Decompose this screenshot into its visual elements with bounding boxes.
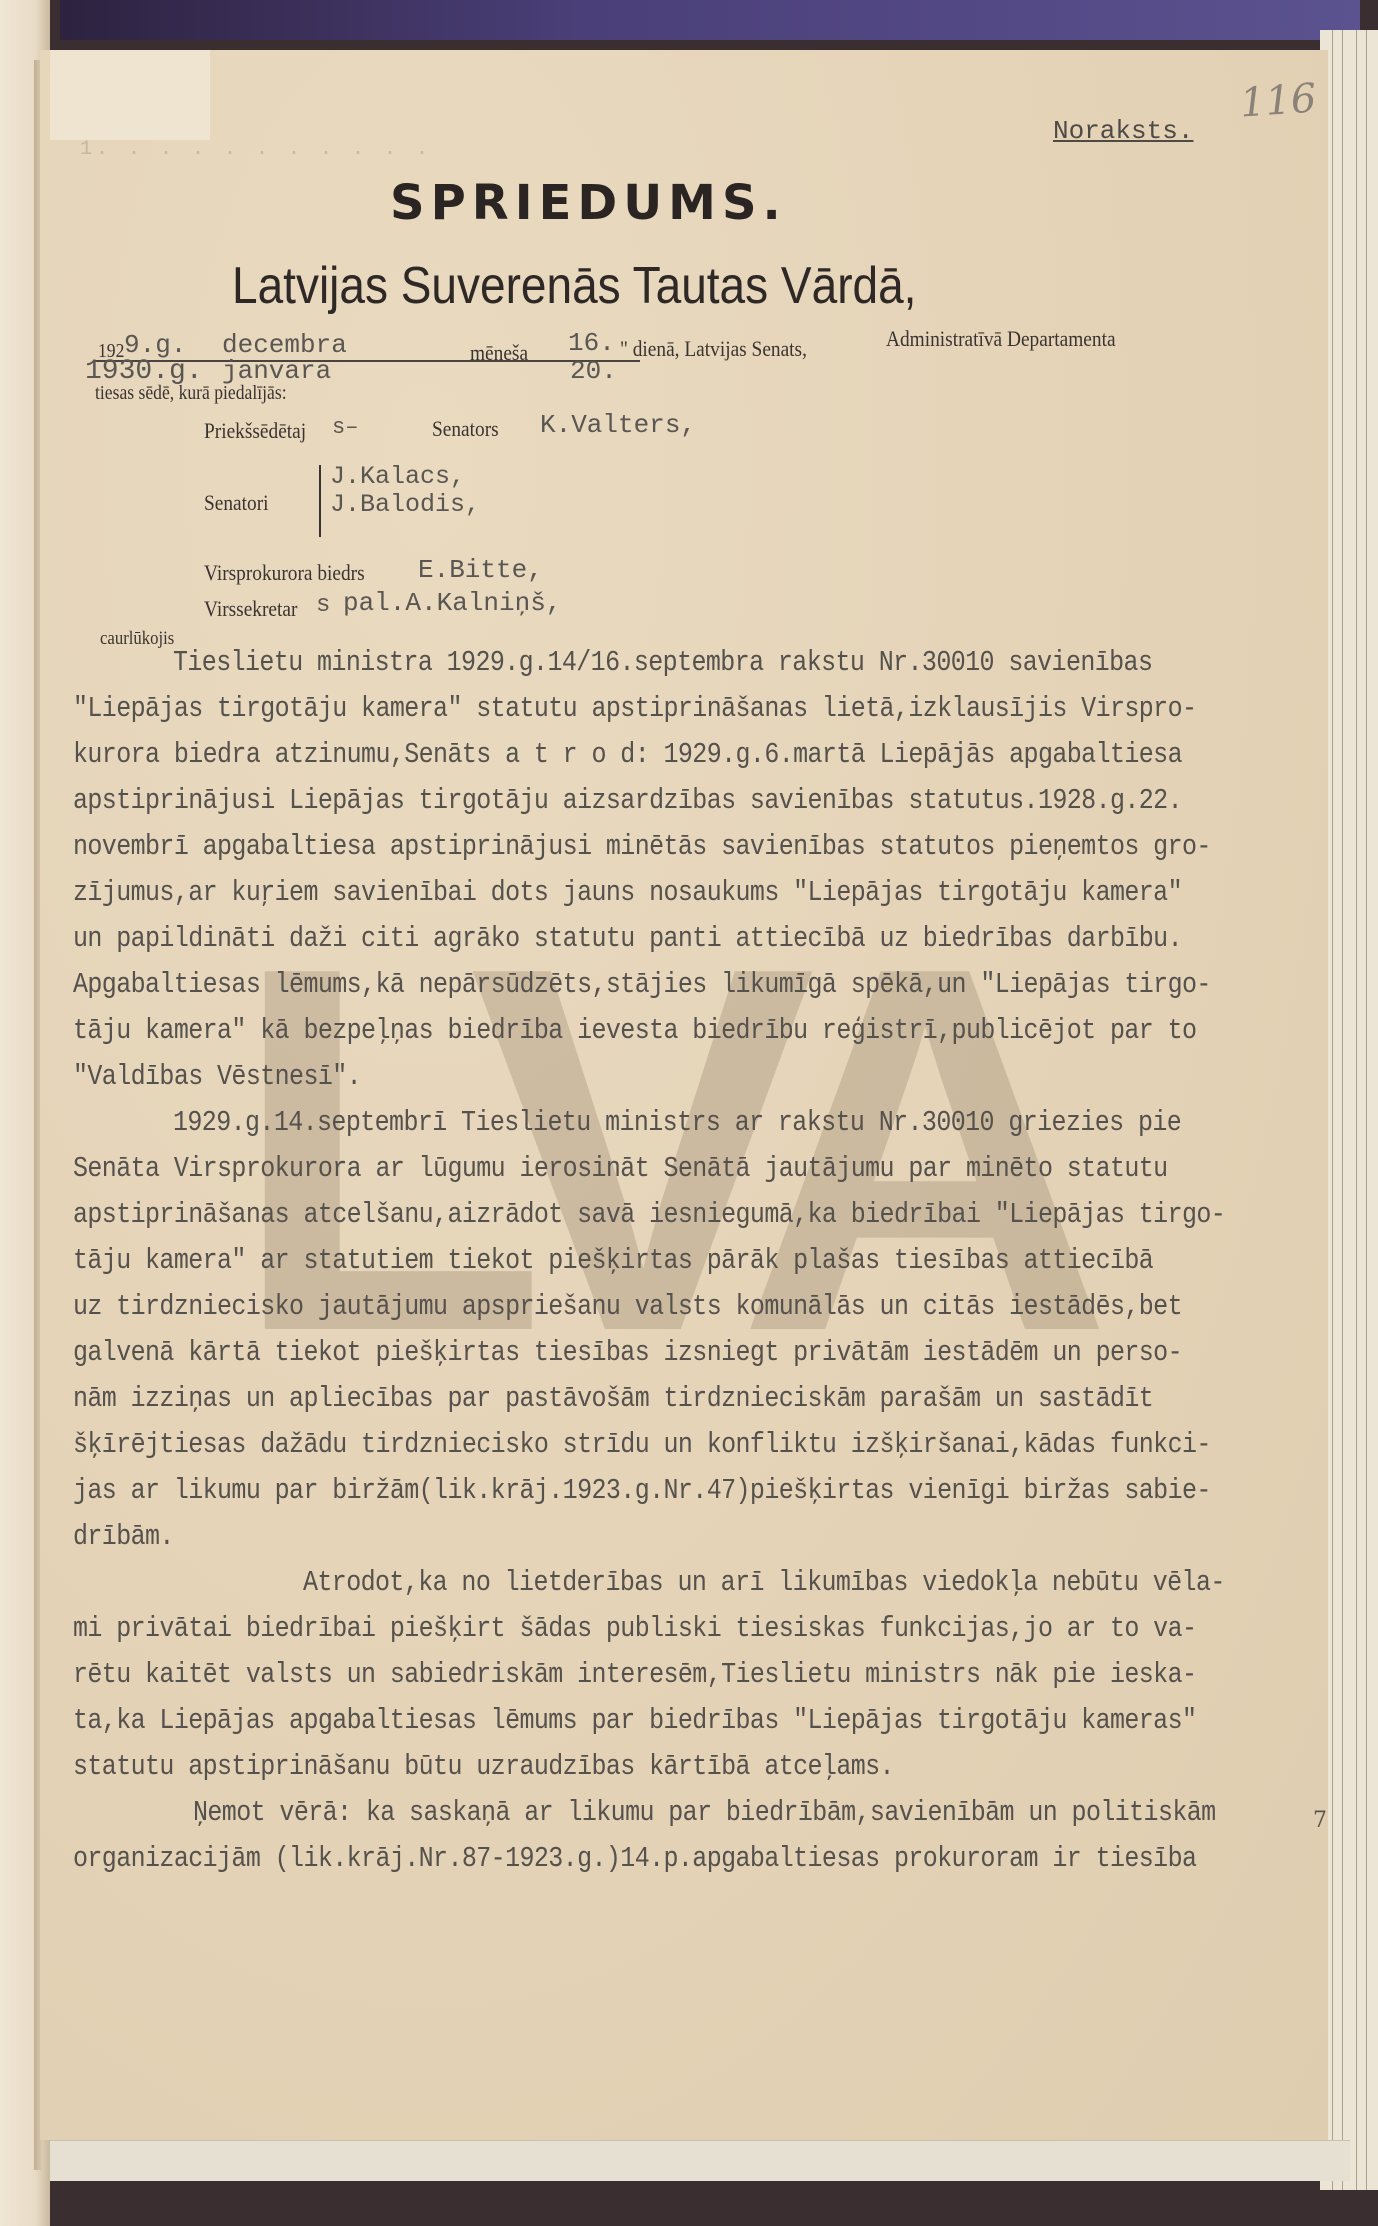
body-line: novembrī apgabaltiesa apstiprinājusi min… [73,821,1303,874]
body-line: Senāta Virsprokurora ar lūgumu ierosināt… [73,1143,1303,1196]
body-line: ta,ka Liepājas apgabaltiesas lēmums par … [73,1695,1303,1748]
body-line: šķīrējtiesas dažādu tirdzniecisko strīdu… [73,1419,1303,1472]
body-line: tāju kamera" ar statutiem tiekot piešķir… [73,1235,1303,1288]
archive-cover-strip [60,0,1360,40]
body-line: mi privātai biedrībai piešķirt šādas pub… [73,1603,1303,1656]
month-label: mēneša [470,340,528,366]
deputy-prosecutor-label: Virsprokurora biedrs [204,560,365,586]
body-line: apstiprināšanas atcelšanu,aizrādot savā … [73,1189,1303,1242]
day-typed: 16. [568,328,615,358]
senator-name: J.Balodis, [330,490,480,519]
paper-patch [50,50,210,140]
body-line: organizacijām (lik.krāj.Nr.87-1923.g.)14… [73,1833,1303,1886]
chair-name: K.Valters, [540,410,696,440]
judgment-body: Tieslietu ministra 1929.g.14/16.septembr… [73,640,1303,1882]
body-line: Ņemot vērā: ka saskaņā ar likumu par bie… [73,1787,1303,1840]
senators-label: Senatori [204,490,269,516]
body-line: rētu kaitēt valsts un sabiedriskām inter… [73,1649,1303,1702]
body-line: uz tirdzniecisko jautājumu apspriešanu v… [73,1281,1303,1334]
department: Administratīvā Departamenta [886,326,1116,352]
bleedthrough-text: 1. . . . . . . . . . . [80,138,432,161]
body-line: Tieslietu ministra 1929.g.14/16.septembr… [73,637,1303,690]
body-line: galvenā kārtā tiekot piešķirtas tiesības… [73,1327,1303,1380]
chair-label: Priekšsēdētaj [204,418,306,444]
body-line: apstiprinājusi Liepājas tirgotāju aizsar… [73,775,1303,828]
body-line: jas ar likumu par biržām(lik.krāj.1923.g… [73,1465,1303,1518]
page-stack-edge [1320,30,1378,2190]
senators-bracket [319,465,321,537]
body-line: nām izziņas un apliecības par pastāvošām… [73,1373,1303,1426]
chief-secretary-suffix: s [316,592,330,619]
chair-suffix: s– [332,415,358,440]
body-line: Apgabaltiesas lēmums,kā nepārsūdzēts,stā… [73,959,1303,1012]
body-line: tāju kamera" kā bezpeļņas biedrība ieves… [73,1005,1303,1058]
chief-secretary-label: Virssekretar [204,596,297,622]
body-line: "Liepājas tirgotāju kamera" statutu apst… [73,683,1303,736]
chief-secretary-name: pal.A.Kalniņš, [343,588,561,618]
body-line: statutu apstiprināšanu būtu uzraudzības … [73,1741,1303,1794]
deputy-prosecutor-name: E.Bitte, [418,555,543,585]
document-subtitle: Latvijas Suverenās Tautas Vārdā, [232,255,916,315]
folio-number: 116 [1238,75,1317,126]
day-suffix: " dienā, Latvijas Senats, [620,336,807,362]
document-title: SPRIEDUMS. [390,175,787,231]
body-line: Atrodot,ka no lietderības un arī likumīb… [73,1557,1303,1610]
body-line: kurora biedra atzinumu,Senāts a t r o d:… [73,729,1303,782]
body-line: 1929.g.14.septembrī Tieslietu ministrs a… [73,1097,1303,1150]
session-label: tiesas sēdē, kurā piedalījās: [95,382,287,405]
day-corrected: 20. [570,356,617,386]
body-line: drībām. [73,1511,1303,1564]
body-line: "Valdības Vēstnesī". [73,1051,1303,1104]
chair-title: Senators [432,416,499,442]
torn-page-edge [50,2140,1350,2181]
copy-label: Noraksts. [1053,116,1193,146]
body-line: un papildināti daži citi agrāko statutu … [73,913,1303,966]
margin-mark: 7 [1313,1808,1327,1833]
body-line: zījumus,ar kuŗiem savienībai dots jauns … [73,867,1303,920]
senator-name: J.Kalacs, [330,462,465,491]
